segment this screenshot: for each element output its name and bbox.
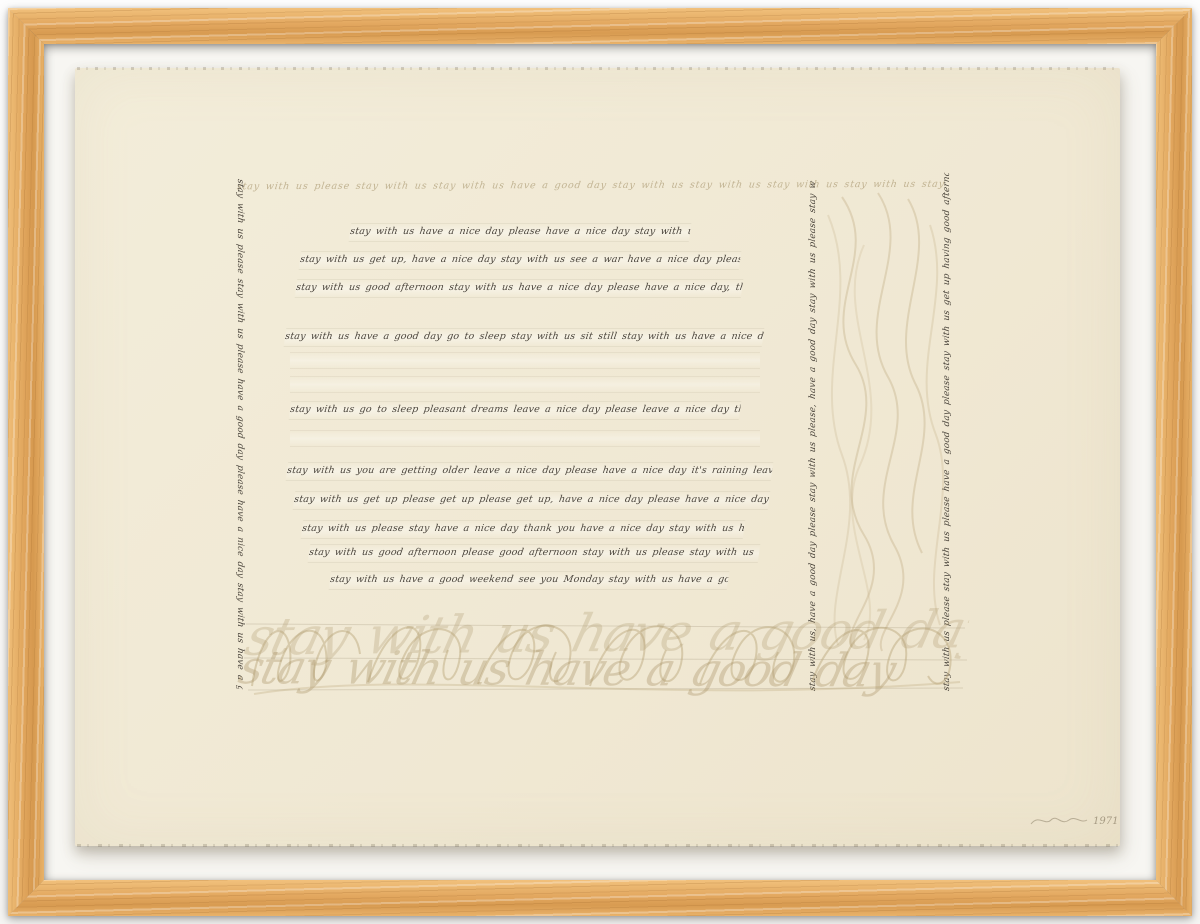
signature-year: 1971 [1093, 816, 1118, 827]
ink-script-line: stay with us get up please get up please… [293, 491, 771, 510]
empty-guideline-band [290, 430, 760, 447]
signature-flourish [1031, 818, 1087, 824]
ink-script-line: stay with us good afternoon stay with us… [295, 279, 744, 298]
empty-guideline-band [290, 352, 760, 369]
ink-script-line: stay with us have a good day go to sleep… [284, 328, 765, 347]
drawing-scene: stay with us please stay with us stay wi… [0, 0, 1200, 924]
ink-script-line: stay with us good afternoon please good … [308, 544, 761, 563]
ink-script-line: stay with us you are getting older leave… [286, 462, 774, 481]
ink-script-line: stay with us get up, have a nice day sta… [299, 251, 742, 270]
ink-script-line: stay with us go to sleep pleasant dreams… [289, 401, 742, 420]
photo-of-framed-artwork: stay with us please stay with us stay wi… [0, 0, 1200, 924]
bottom-pencil-scrawl-block: stay with us have a good day stay with u… [238, 598, 973, 710]
signature-scribble: 1971 [1025, 800, 1125, 836]
scribble-strokes [828, 193, 943, 651]
ink-script-line: stay with us have a nice day please have… [349, 223, 692, 242]
bottom-scrawl-text-lower: stay with us have a good day [234, 640, 974, 698]
right-margin-pencil-scribbles [812, 185, 962, 655]
ink-script-line: stay with us have a good weekend see you… [329, 571, 730, 590]
artist-signature: 1971 [1025, 800, 1125, 836]
ink-script-line: stay with us please stay have a nice day… [301, 520, 746, 539]
empty-guideline-band [290, 376, 760, 393]
